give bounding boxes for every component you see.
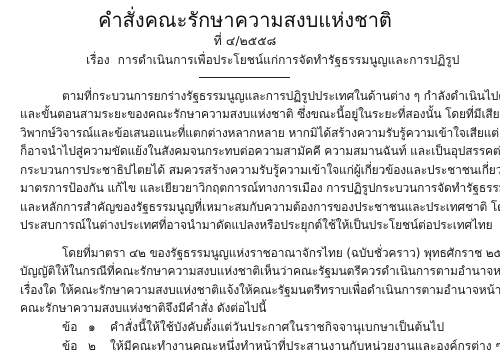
clause-text: คำสั่งนี้ให้ใช้บังคับตั้งแต่วันประกาศในร… (110, 319, 444, 335)
clause-text: ให้มีคณะทำงานคณะหนึ่งทำหน้าที่ประสานงานก… (110, 338, 500, 354)
clause-1: ข้อ ๑ คำสั่งนี้ให้ใช้บังคับตั้งแต่วันประ… (0, 319, 500, 335)
order-document: คำสั่งคณะรักษาความสงบแห่งชาติ ที่ ๔/๒๕๕๘… (0, 0, 500, 360)
clause-2: ข้อ ๒ ให้มีคณะทำงานคณะหนึ่งทำหน้าที่ประส… (0, 338, 500, 354)
subject-text: การดำเนินการเพื่อประโยชน์แก่การจัดทำรัฐธ… (118, 53, 460, 67)
paragraph-line: บัญญัติให้ในกรณีที่คณะรักษาความสงบแห่งชา… (20, 263, 500, 279)
subject-line: เรื่องการดำเนินการเพื่อประโยชน์แก่การจัด… (86, 52, 459, 68)
paragraph-line: กระบวนการประชาธิปไตยได้ สมควรสร้างความรั… (20, 162, 500, 178)
paragraph-line: วิพากษ์วิจารณ์และข้อเสนอแนะที่แตกต่างหลา… (20, 125, 500, 141)
clause-number: ๒ (88, 338, 96, 354)
clause-number: ๑ (88, 319, 96, 335)
paragraph-line: คณะรักษาความสงบแห่งชาติจึงมีคำสั่ง ดังต่… (20, 300, 266, 316)
subject-label: เรื่อง (86, 53, 110, 67)
paragraph-line: มาตรการป้องกัน แก้ไข และเยียวยาวิกฤตการณ… (20, 180, 500, 196)
clause-label: ข้อ (62, 319, 77, 335)
paragraph-line: เรื่องใด ให้คณะรักษาความสงบแห่งชาติแจ้งใ… (20, 282, 500, 298)
separator-rule (199, 77, 290, 78)
paragraph-line: ประสบการณ์ในต่างประเทศที่อาจนำมาดัดแปลงห… (20, 217, 493, 233)
paragraph-line: และหลักการสำคัญของรัฐธรรมนูญที่เหมาะสมกั… (20, 199, 500, 215)
paragraph-line: และขั้นตอนสามระยะของคณะรักษาความสงบแห่งช… (20, 106, 500, 122)
order-number: ที่ ๔/๒๕๕๘ (0, 33, 490, 49)
document-title: คำสั่งคณะรักษาความสงบแห่งชาติ (0, 8, 490, 32)
paragraph-line: ก็อาจนำไปสู่ความขัดแย้งในสังคมจนกระทบต่อ… (20, 143, 500, 159)
paragraph-line: โดยที่มาตรา ๔๒ ของรัฐธรรมนูญแห่งราชอาณาจ… (62, 245, 500, 261)
clause-label: ข้อ (62, 338, 77, 354)
paragraph-line: ตามที่กระบวนการยกร่างรัฐธรรมนูญและการปฏิ… (62, 88, 500, 104)
